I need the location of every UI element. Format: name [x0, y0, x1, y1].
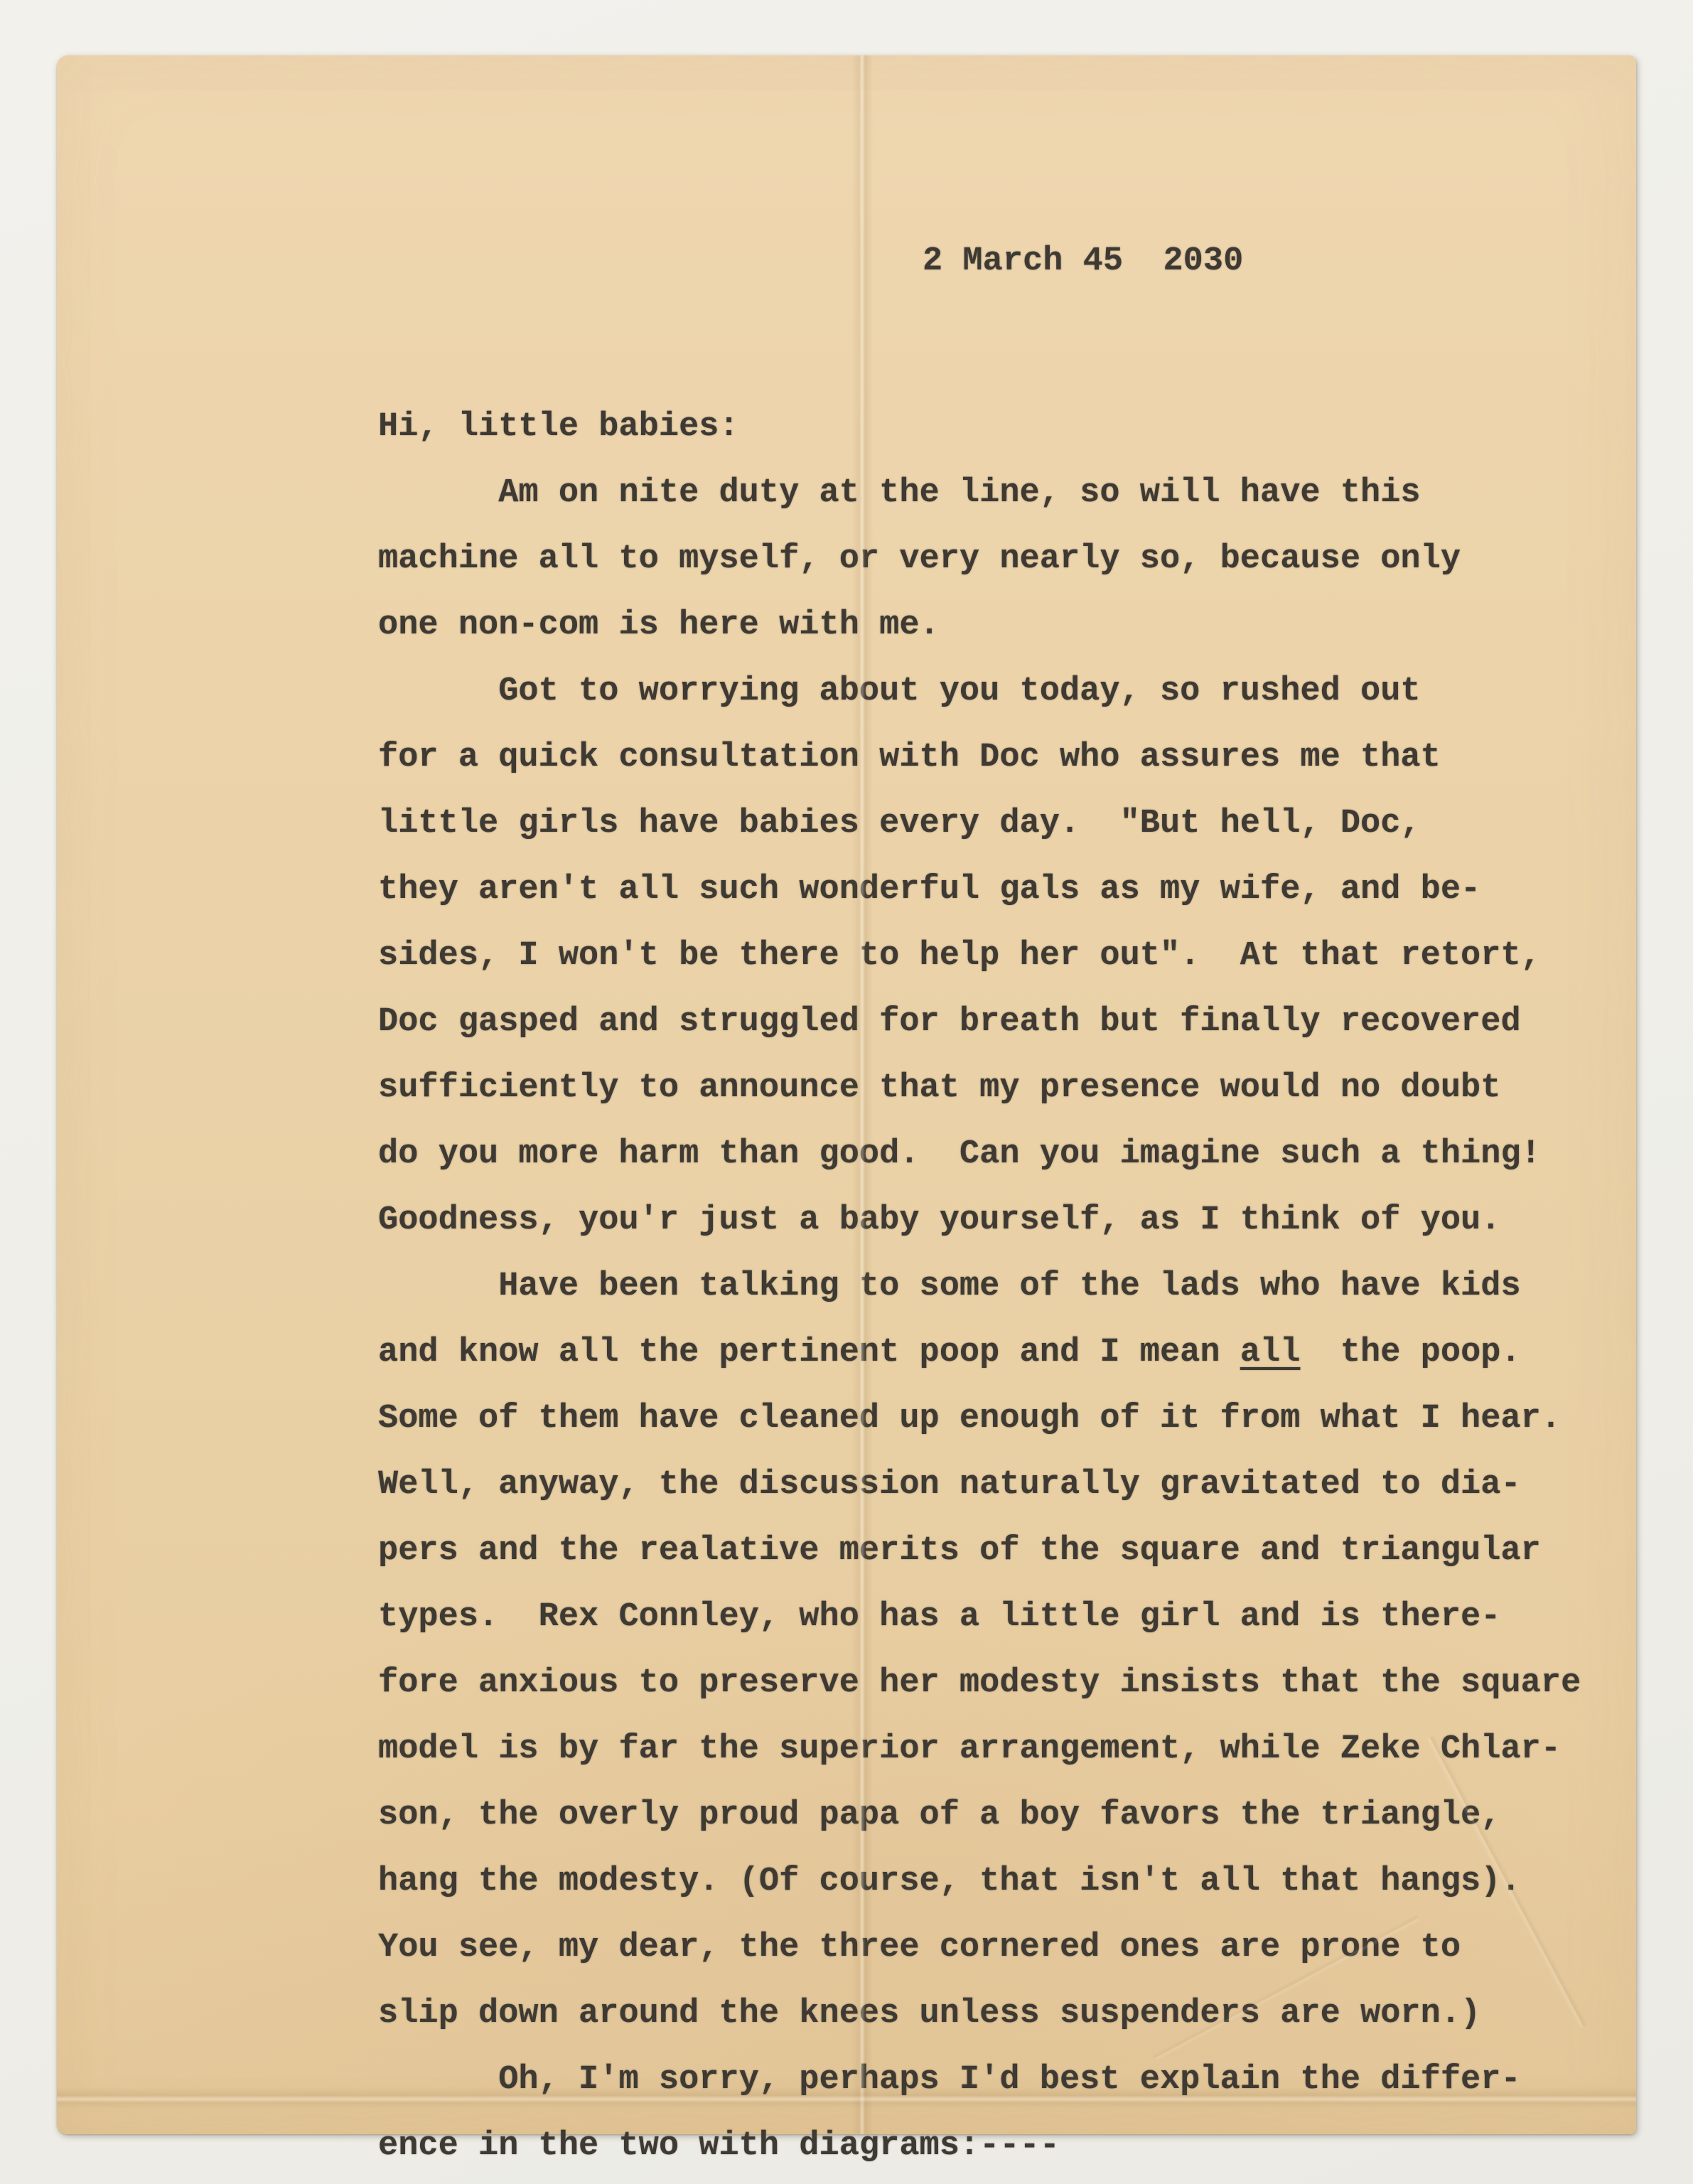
letter-line: Doc gasped and struggled for breath but … — [378, 989, 1581, 1055]
letter-line: and know all the pertinent poop and I me… — [378, 1319, 1581, 1386]
letter-body: Hi, little babies: Am on nite duty at th… — [378, 394, 1581, 2179]
letter-line: do you more harm than good. Can you imag… — [378, 1121, 1581, 1187]
letter-line: machine all to myself, or very nearly so… — [378, 526, 1581, 592]
letter-line: Have been talking to some of the lads wh… — [378, 1253, 1581, 1319]
letter-line: sufficiently to announce that my presenc… — [378, 1055, 1581, 1121]
letter-line: Am on nite duty at the line, so will hav… — [378, 460, 1581, 526]
letter-date: 2 March 45 2030 — [923, 228, 1243, 294]
letter-line: Got to worrying about you today, so rush… — [378, 658, 1581, 724]
scan-background: { "colors": { "scan-bg": "#f2f1ec", "pap… — [0, 0, 1693, 2184]
letter-line: fore anxious to preserve her modesty ins… — [378, 1650, 1581, 1716]
letter-line: types. Rex Connley, who has a little gir… — [378, 1584, 1581, 1650]
letter-line: one non-com is here with me. — [378, 592, 1581, 658]
letter-line: Well, anyway, the discussion naturally g… — [378, 1452, 1581, 1518]
letter-line: You see, my dear, the three cornered one… — [378, 1915, 1581, 1981]
letter-line: sides, I won't be there to help her out"… — [378, 923, 1581, 989]
letter-line: little girls have babies every day. "But… — [378, 791, 1581, 857]
letter-line: Goodness, you'r just a baby yourself, as… — [378, 1187, 1581, 1253]
letter-line: Oh, I'm sorry, perhaps I'd best explain … — [378, 2047, 1581, 2113]
letter-line: son, the overly proud papa of a boy favo… — [378, 1782, 1581, 1848]
letter-line: pers and the realative merits of the squ… — [378, 1518, 1581, 1584]
letter-line: model is by far the superior arrangement… — [378, 1716, 1581, 1782]
letter-paper: 2 March 45 2030 Hi, little babies: Am on… — [57, 55, 1636, 2134]
letter-line: for a quick consultation with Doc who as… — [378, 724, 1581, 791]
letter-line: ence in the two with diagrams:---- — [378, 2113, 1581, 2179]
letter-line: Hi, little babies: — [378, 394, 1581, 460]
letter-line: they aren't all such wonderful gals as m… — [378, 857, 1581, 923]
letter-line: hang the modesty. (Of course, that isn't… — [378, 1848, 1581, 1915]
letter-line: Some of them have cleaned up enough of i… — [378, 1386, 1581, 1452]
letter-line: slip down around the knees unless suspen… — [378, 1981, 1581, 2047]
